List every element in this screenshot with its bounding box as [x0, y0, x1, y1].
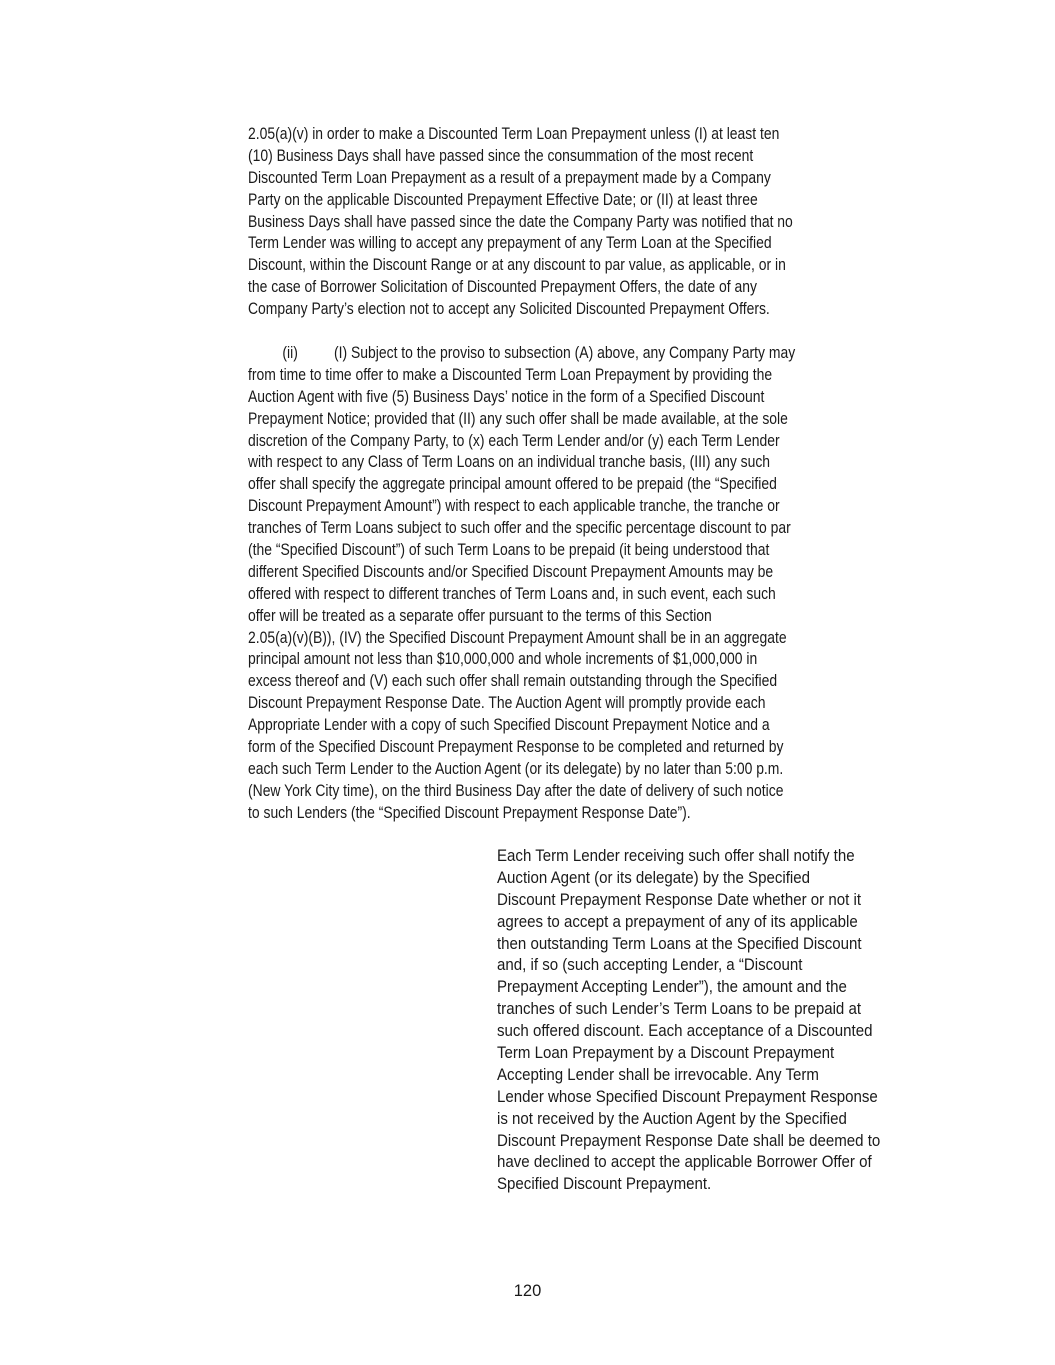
text-line: and, if so (such accepting Lender, a “Di…	[497, 955, 909, 977]
text-line-content: offer will be treated as a separate offe…	[248, 606, 712, 628]
text-line: Discount Prepayment Response Date whethe…	[497, 890, 909, 912]
text-line: excess thereof and (V) each such offer s…	[248, 671, 884, 693]
text-line: from time to time offer to make a Discou…	[248, 365, 884, 387]
text-line-content: Appropriate Lender with a copy of such S…	[248, 715, 770, 737]
text-line-content: Party on the applicable Discounted Prepa…	[248, 190, 758, 212]
text-line-content: to such Lenders (the “Specified Discount…	[248, 803, 691, 825]
text-line-content: (the “Specified Discount”) of such Term …	[248, 540, 769, 562]
text-line-content: Prepayment Accepting Lender”), the amoun…	[497, 977, 847, 999]
text-line-content: 2.05(a)(v)(B)), (IV) the Specified Disco…	[248, 628, 787, 650]
text-line: offer will be treated as a separate offe…	[248, 606, 884, 628]
text-line: offer shall specify the aggregate princi…	[248, 474, 884, 496]
text-line: Company Party’s election not to accept a…	[248, 299, 881, 321]
text-line: Lender whose Specified Discount Prepayme…	[497, 1087, 909, 1109]
text-line-content: agrees to accept a prepayment of any of …	[497, 912, 858, 934]
text-line-content: Each Term Lender receiving such offer sh…	[497, 846, 855, 868]
text-line-content: Discount Prepayment Response Date. The A…	[248, 693, 765, 715]
text-line: principal amount not less than $10,000,0…	[248, 649, 884, 671]
text-line: each such Term Lender to the Auction Age…	[248, 759, 884, 781]
paragraph-continuation: 2.05(a)(v) in order to make a Discounted…	[248, 124, 881, 321]
text-line: Prepayment Accepting Lender”), the amoun…	[497, 977, 909, 999]
text-line: agrees to accept a prepayment of any of …	[497, 912, 909, 934]
text-line: Auction Agent (or its delegate) by the S…	[497, 868, 909, 890]
text-line: then outstanding Term Loans at the Speci…	[497, 934, 909, 956]
text-line-content: discretion of the Company Party, to (x) …	[248, 431, 780, 453]
text-line-content: Lender whose Specified Discount Prepayme…	[497, 1087, 878, 1109]
text-line-content: different Specified Discounts and/or Spe…	[248, 562, 773, 584]
text-line: discretion of the Company Party, to (x) …	[248, 431, 884, 453]
text-line-content: such offered discount. Each acceptance o…	[497, 1021, 872, 1043]
text-line-content: Specified Discount Prepayment.	[497, 1174, 711, 1196]
text-line-content: with respect to any Class of Term Loans …	[248, 452, 770, 474]
text-line-content: Term Lender was willing to accept any pr…	[248, 233, 772, 255]
text-line: Business Days shall have passed since th…	[248, 212, 881, 234]
text-line-content: (New York City time), on the third Busin…	[248, 781, 783, 803]
text-line-content: 2.05(a)(v) in order to make a Discounted…	[248, 124, 779, 146]
text-line-content: Prepayment Notice; provided that (II) an…	[248, 409, 788, 431]
text-line: Appropriate Lender with a copy of such S…	[248, 715, 884, 737]
text-line-content: Business Days shall have passed since th…	[248, 212, 793, 234]
text-line-content: Discount Prepayment Response Date shall …	[497, 1131, 880, 1153]
text-line: (New York City time), on the third Busin…	[248, 781, 884, 803]
text-line: Discount Prepayment Amount”) with respec…	[248, 496, 884, 518]
text-line-content: (10) Business Days shall have passed sin…	[248, 146, 753, 168]
text-line: Specified Discount Prepayment.	[497, 1174, 909, 1196]
text-line: with respect to any Class of Term Loans …	[248, 452, 884, 474]
text-line-content: have declined to accept the applicable B…	[497, 1152, 872, 1174]
text-line: Term Loan Prepayment by a Discount Prepa…	[497, 1043, 909, 1065]
text-line: Accepting Lender shall be irrevocable. A…	[497, 1065, 909, 1087]
text-line: different Specified Discounts and/or Spe…	[248, 562, 884, 584]
text-line: Discount, within the Discount Range or a…	[248, 255, 881, 277]
text-line-content: form of the Specified Discount Prepaymen…	[248, 737, 784, 759]
page-number: 120	[0, 1282, 1055, 1301]
text-line-content: (I) Subject to the proviso to subsection…	[334, 344, 795, 362]
text-line-content: Accepting Lender shall be irrevocable. A…	[497, 1065, 819, 1087]
text-line-content: Discount, within the Discount Range or a…	[248, 255, 786, 277]
text-line-first: (ii)(I) Subject to the proviso to subsec…	[248, 343, 884, 365]
text-line-content: excess thereof and (V) each such offer s…	[248, 671, 777, 693]
text-line-content: each such Term Lender to the Auction Age…	[248, 759, 783, 781]
text-line-content: principal amount not less than $10,000,0…	[248, 649, 757, 671]
text-line-content: and, if so (such accepting Lender, a “Di…	[497, 955, 802, 977]
text-line: have declined to accept the applicable B…	[497, 1152, 909, 1174]
paragraph-ii: (ii)(I) Subject to the proviso to subsec…	[248, 343, 884, 825]
text-line: 2.05(a)(v) in order to make a Discounted…	[248, 124, 881, 146]
text-line: tranches of Term Loans subject to such o…	[248, 518, 884, 540]
text-line-content: offer shall specify the aggregate princi…	[248, 474, 777, 496]
text-line: form of the Specified Discount Prepaymen…	[248, 737, 884, 759]
text-line: tranches of such Lender’s Term Loans to …	[497, 999, 909, 1021]
text-line-content: is not received by the Auction Agent by …	[497, 1109, 847, 1131]
text-line: Discount Prepayment Response Date. The A…	[248, 693, 884, 715]
text-line: 2.05(a)(v)(B)), (IV) the Specified Disco…	[248, 628, 884, 650]
text-line-content: then outstanding Term Loans at the Speci…	[497, 934, 862, 956]
text-line: Auction Agent with five (5) Business Day…	[248, 387, 884, 409]
text-line-content: from time to time offer to make a Discou…	[248, 365, 772, 387]
text-line: to such Lenders (the “Specified Discount…	[248, 803, 884, 825]
text-line-content: Discount Prepayment Amount”) with respec…	[248, 496, 780, 518]
text-line-content: Company Party’s election not to accept a…	[248, 299, 770, 321]
text-line: Party on the applicable Discounted Prepa…	[248, 190, 881, 212]
text-line: (10) Business Days shall have passed sin…	[248, 146, 881, 168]
text-line-content: tranches of Term Loans subject to such o…	[248, 518, 791, 540]
text-line: is not received by the Auction Agent by …	[497, 1109, 909, 1131]
text-line-content: Term Loan Prepayment by a Discount Prepa…	[497, 1043, 834, 1065]
text-line-content: Discount Prepayment Response Date whethe…	[497, 890, 861, 912]
indented-paragraph-lender-response: Each Term Lender receiving such offer sh…	[497, 846, 909, 1196]
text-line: Prepayment Notice; provided that (II) an…	[248, 409, 884, 431]
text-line: Each Term Lender receiving such offer sh…	[497, 846, 909, 868]
text-line: such offered discount. Each acceptance o…	[497, 1021, 909, 1043]
text-line: offered with respect to different tranch…	[248, 584, 884, 606]
clause-number: (ii)	[282, 343, 334, 365]
text-line: Term Lender was willing to accept any pr…	[248, 233, 881, 255]
text-line: the case of Borrower Solicitation of Dis…	[248, 277, 881, 299]
document-page: 2.05(a)(v) in order to make a Discounted…	[0, 0, 1055, 1365]
text-line-content: Auction Agent with five (5) Business Day…	[248, 387, 764, 409]
text-line: (the “Specified Discount”) of such Term …	[248, 540, 884, 562]
text-line-content: Discounted Term Loan Prepayment as a res…	[248, 168, 771, 190]
text-line: Discounted Term Loan Prepayment as a res…	[248, 168, 881, 190]
text-line: Discount Prepayment Response Date shall …	[497, 1131, 909, 1153]
text-line-content: the case of Borrower Solicitation of Dis…	[248, 277, 757, 299]
text-line-content: tranches of such Lender’s Term Loans to …	[497, 999, 861, 1021]
text-line-content: offered with respect to different tranch…	[248, 584, 776, 606]
text-line-content: Auction Agent (or its delegate) by the S…	[497, 868, 810, 890]
